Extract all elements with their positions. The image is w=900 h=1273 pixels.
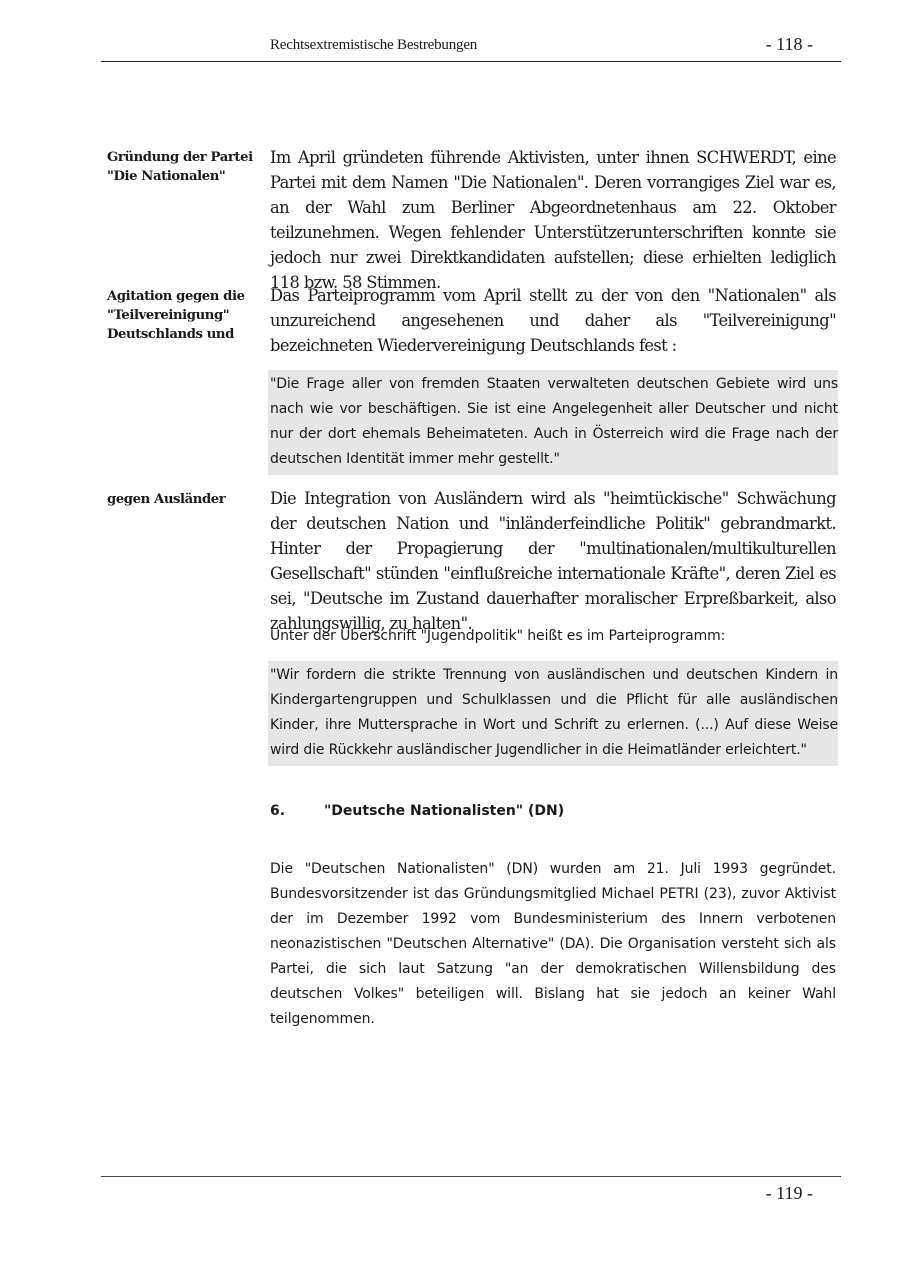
- page-number-top: - 118 -: [766, 34, 813, 55]
- margin-label-auslaender: gegen Ausländer: [107, 490, 257, 509]
- section-number: 6.: [270, 803, 324, 819]
- paragraph-integration: Die Integration von Ausländern wird als …: [270, 486, 836, 636]
- section-title: "Deutsche Nationalisten" (DN): [324, 803, 564, 819]
- paragraph-jugendpolitik-intro: Unter der Überschrift "Jugendpolitik" he…: [270, 624, 836, 649]
- section-heading-dn: 6."Deutsche Nationalisten" (DN): [270, 803, 564, 819]
- paragraph-dn: Die "Deutschen Nationalisten" (DN) wurde…: [270, 857, 836, 1032]
- margin-label-gruendung: Gründung der Partei "Die Nationalen": [107, 148, 257, 186]
- quote-block-jugendpolitik: "Wir fordern die strikte Trennung von au…: [268, 661, 838, 766]
- margin-label-teilvereinigung: Agitation gegen die "Teilvereinigung" De…: [107, 287, 257, 344]
- quote-block-gebiete: "Die Frage aller von fremden Staaten ver…: [268, 370, 838, 475]
- running-title: Rechtsextremistische Bestrebungen: [270, 37, 477, 54]
- page-header: Rechtsextremistische Bestrebungen - 118 …: [101, 32, 841, 62]
- paragraph-parteiprogramm: Das Parteiprogramm vom April stellt zu d…: [270, 283, 836, 358]
- page-number-bottom: - 119 -: [766, 1183, 813, 1204]
- paragraph-gruendung: Im April gründeten führende Aktivisten, …: [270, 145, 836, 295]
- page-footer: - 119 -: [101, 1176, 841, 1177]
